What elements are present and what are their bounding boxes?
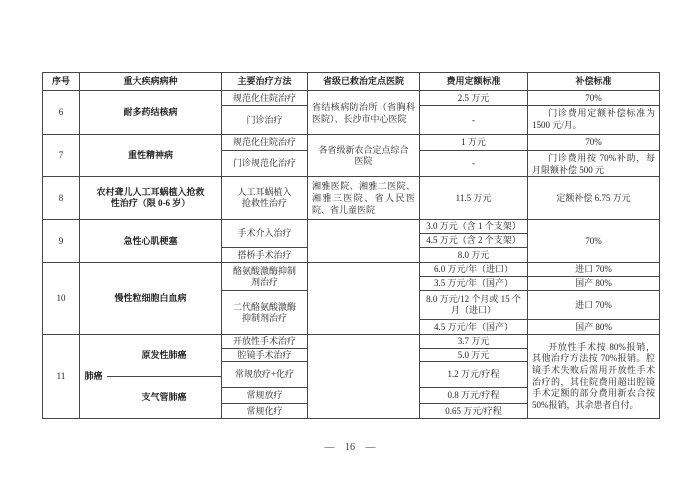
hospital-list: 各省级新农合定点综合医院 (318, 145, 409, 167)
serial-number: 9 (43, 220, 80, 262)
table-row: 10 慢性粒细胞白血病 酪氨酸激酶抑制剂治疗 二代酪氨酸激酶抑制剂治疗 6.0 … (43, 263, 659, 335)
document-page: 序号 重大疾病病种 主要治疗方法 省级已救治定点医院 费用定额标准 补偿标准 6… (0, 0, 700, 495)
table-row: 8 农村聋儿人工耳蜗植入抢救性治疗（限 0-6 岁） 人工耳蜗植入抢救性治疗 湘… (43, 177, 659, 220)
compensation-value: 进口 70% (528, 291, 659, 320)
disease-name: 重性精神病 (80, 135, 222, 176)
table-row: 7 重性精神病 规范化住院治疗 门诊规范化治疗 各省级新农合定点综合医院 1 万… (43, 135, 659, 177)
fee-value: 4.5 万元（含 2 个支架） (420, 234, 527, 248)
fee-cell: 6.0 万元/年（进口） 3.5 万元/年（国产） 8.0 万元/12 个月或 … (420, 263, 528, 334)
hospital-list: 湘雅医院、湘雅二医院、湘雅三医院、省人民医院、省儿童医院 (308, 180, 419, 216)
disease-name: 耐多药结核病 (80, 91, 222, 134)
table-row: 6 耐多药结核病 规范化住院治疗 门诊治疗 省结核病防治所（省胸科医院）、长沙市… (43, 91, 659, 135)
treatment-method: 门诊规范化治疗 (222, 151, 307, 176)
header-serial-number: 序号 (43, 73, 80, 90)
compensation-value: 门诊费用定额补偿标准为 1500 元/月。 (528, 106, 659, 134)
treatment-cell: 开放性手术治疗 腔镜手术治疗 常规放疗+化疗 常规放疗 常规化疗 (222, 335, 308, 418)
compensation-cell: 70% 门诊费用按 70%补助，每月限额补偿 500 元 (528, 135, 659, 176)
treatment-method: 腔镜手术治疗 (222, 349, 307, 362)
serial-number: 10 (43, 263, 80, 334)
fee-value: 6.0 万元/年（进口） (420, 263, 527, 277)
treatment-method: 常规化疗 (222, 404, 307, 418)
disease-group-name: 肺癌 (80, 335, 107, 418)
fee-value: 1.2 万元/疗程 (420, 362, 527, 388)
compensation-value: 70% (528, 91, 659, 106)
compensation-cell: 进口 70% 国产 80% 进口 70% 国产 80% (528, 263, 659, 334)
hospital-cell (308, 335, 420, 418)
disease-name: 慢性粒细胞白血病 (80, 263, 222, 334)
fee-value: 0.8 万元/疗程 (420, 388, 527, 404)
serial-number: 8 (43, 177, 80, 219)
sub-disease-list: 原发性肺癌 支气管肺癌 (107, 335, 221, 418)
page-number: — 16 — (0, 442, 700, 453)
serial-number: 6 (43, 91, 80, 134)
treatment-method: 酪氨酸激酶抑制剂治疗 (222, 263, 307, 291)
fee-value: 4.5 万元/年（国产） (420, 320, 527, 334)
compensation-value: 门诊费用按 70%补助，每月限额补偿 500 元 (528, 151, 659, 176)
table-header-row: 序号 重大疾病病种 主要治疗方法 省级已救治定点医院 费用定额标准 补偿标准 (43, 73, 659, 91)
fee-value: 5.0 万元 (420, 349, 527, 362)
compensation-value: 国产 80% (528, 320, 659, 334)
fee-value: 8.0 万元 (420, 248, 527, 262)
compensation-value: 进口 70% (528, 263, 659, 277)
treatment-method: 手术介入治疗 (222, 220, 307, 248)
treatment-method: 规范化住院治疗 (222, 135, 307, 151)
fee-value: 8.0 万元/12 个月或 15 个月（进口） (420, 291, 527, 320)
disease-name: 农村聋儿人工耳蜗植入抢救性治疗（限 0-6 岁） (80, 177, 222, 219)
treatment-cell: 规范化住院治疗 门诊规范化治疗 (222, 135, 308, 176)
treatment-cell: 手术介入治疗 搭桥手术治疗 (222, 220, 308, 262)
hospital-cell (308, 263, 420, 334)
treatment-method: 常规放疗+化疗 (222, 362, 307, 388)
treatment-method: 二代酪氨酸激酶抑制剂治疗 (222, 291, 307, 334)
header-compensation-standard: 补偿标准 (528, 73, 659, 90)
serial-number: 11 (43, 335, 80, 418)
disease-cell: 肺癌 原发性肺癌 支气管肺癌 (80, 335, 222, 418)
fee-cell: 1 万元 - (420, 135, 528, 176)
header-disease-type: 重大疾病病种 (80, 73, 222, 90)
treatment-method: 常规放疗 (222, 388, 307, 404)
sub-disease-name: 原发性肺癌 (107, 335, 221, 377)
hospital-cell: 各省级新农合定点综合医院 (308, 135, 420, 176)
fee-cell: 2.5 万元 - (420, 91, 528, 134)
fee-value: 3.0 万元（含 1 个支架） (420, 220, 527, 234)
compensation-value: 70% (528, 220, 659, 262)
compensation-value: 国产 80% (528, 277, 659, 291)
fee-cell: 3.0 万元（含 1 个支架） 4.5 万元（含 2 个支架） 8.0 万元 (420, 220, 528, 262)
fee-value: 3.5 万元/年（国产） (420, 277, 527, 291)
compensation-cell: 70% 门诊费用定额补偿标准为 1500 元/月。 (528, 91, 659, 134)
table-row: 9 急性心肌梗塞 手术介入治疗 搭桥手术治疗 3.0 万元（含 1 个支架） 4… (43, 220, 659, 263)
fee-value: 11.5 万元 (420, 177, 528, 219)
treatment-method: 规范化住院治疗 (222, 91, 307, 106)
treatment-method: 门诊治疗 (222, 106, 307, 134)
header-cost-quota: 费用定额标准 (420, 73, 528, 90)
treatment-method: 人工耳蜗植入抢救性治疗 (222, 177, 308, 219)
serial-number: 7 (43, 135, 80, 176)
fee-value: - (420, 151, 527, 176)
fee-value: 0.65 万元/疗程 (420, 404, 527, 418)
fee-value: 2.5 万元 (420, 91, 527, 106)
sub-disease-name: 支气管肺癌 (107, 377, 221, 418)
hospital-list: 省结核病防治所（省胸科医院）、长沙市中心医院 (308, 101, 419, 125)
fee-cell: 3.7 万元 5.0 万元 1.2 万元/疗程 0.8 万元/疗程 0.65 万… (420, 335, 528, 418)
hospital-cell (308, 220, 420, 262)
compensation-value: 70% (528, 135, 659, 151)
disease-compensation-table: 序号 重大疾病病种 主要治疗方法 省级已救治定点医院 费用定额标准 补偿标准 6… (42, 72, 660, 419)
header-treatment-method: 主要治疗方法 (222, 73, 308, 90)
fee-value: 1 万元 (420, 135, 527, 151)
compensation-value: 开放性手术按 80%报销，其他治疗方法按 70%报销。腔镜手术失败后需用开放性手… (528, 340, 659, 414)
treatment-cell: 酪氨酸激酶抑制剂治疗 二代酪氨酸激酶抑制剂治疗 (222, 263, 308, 334)
compensation-value: 定额补偿 6.75 万元 (528, 177, 659, 219)
treatment-method: 开放性手术治疗 (222, 335, 307, 349)
hospital-cell: 省结核病防治所（省胸科医院）、长沙市中心医院 (308, 91, 420, 134)
treatment-method: 搭桥手术治疗 (222, 248, 307, 262)
table-row: 11 肺癌 原发性肺癌 支气管肺癌 开放性手术治疗 腔镜手术治疗 常规放疗+化疗… (43, 335, 659, 418)
treatment-cell: 规范化住院治疗 门诊治疗 (222, 91, 308, 134)
header-designated-hospital: 省级已救治定点医院 (308, 73, 420, 90)
fee-value: 3.7 万元 (420, 335, 527, 349)
disease-name: 急性心肌梗塞 (80, 220, 222, 262)
fee-value: - (420, 106, 527, 134)
hospital-cell: 湘雅医院、湘雅二医院、湘雅三医院、省人民医院、省儿童医院 (308, 177, 420, 219)
compensation-cell: 开放性手术按 80%报销，其他治疗方法按 70%报销。腔镜手术失败后需用开放性手… (528, 335, 659, 418)
